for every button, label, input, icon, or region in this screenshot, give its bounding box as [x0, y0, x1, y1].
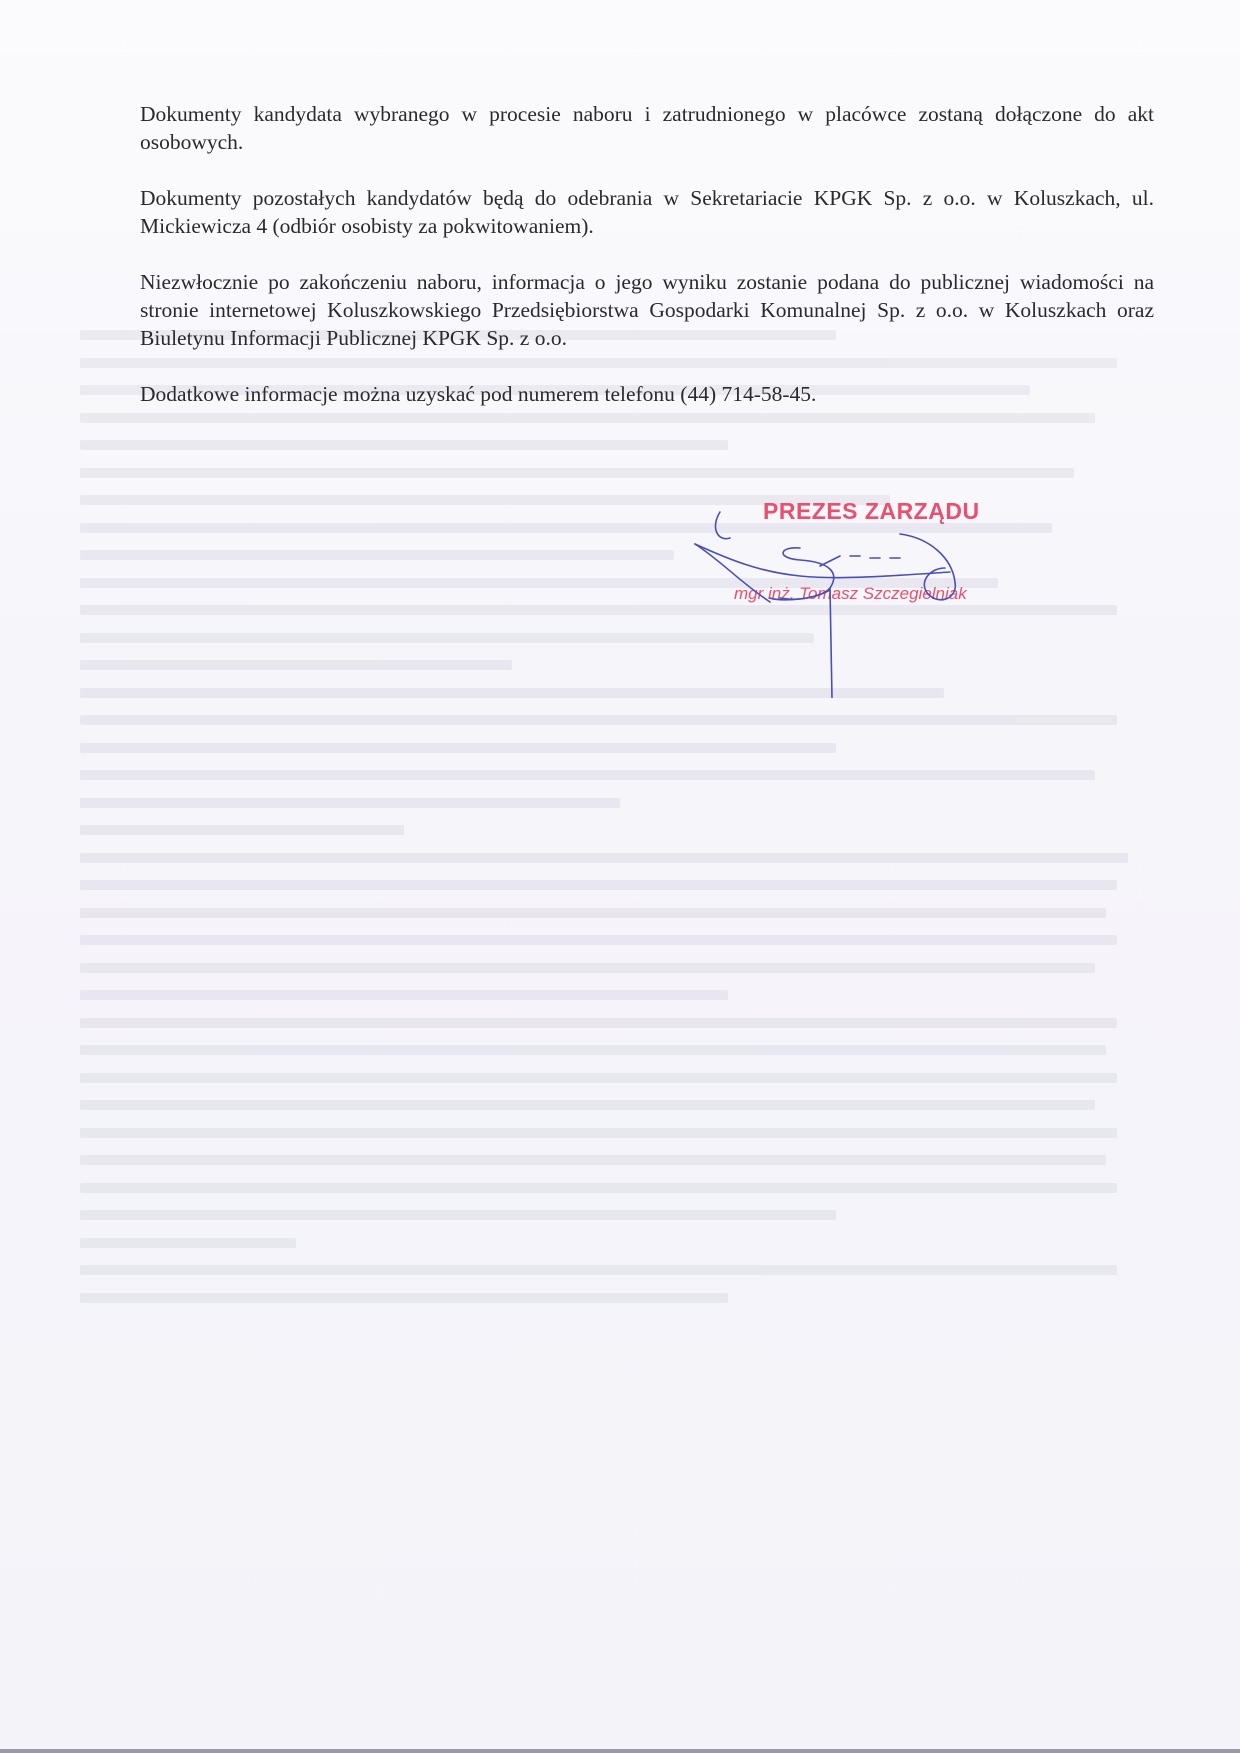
paragraph-documents-others: Dokumenty pozostałych kandydatów będą do… [140, 184, 1154, 240]
scan-edge [0, 1749, 1240, 1753]
document-body: Dokumenty kandydata wybranego w procesie… [140, 100, 1154, 408]
scanned-page: Dokumenty kandydata wybranego w procesie… [0, 0, 1240, 1753]
handwritten-signature [690, 498, 1030, 698]
paragraph-results-announcement: Niezwłocznie po zakończeniu naboru, info… [140, 268, 1154, 352]
paragraph-contact-phone: Dodatkowe informacje można uzyskać pod n… [140, 380, 1154, 408]
paragraph-documents-selected: Dokumenty kandydata wybranego w procesie… [140, 100, 1154, 156]
